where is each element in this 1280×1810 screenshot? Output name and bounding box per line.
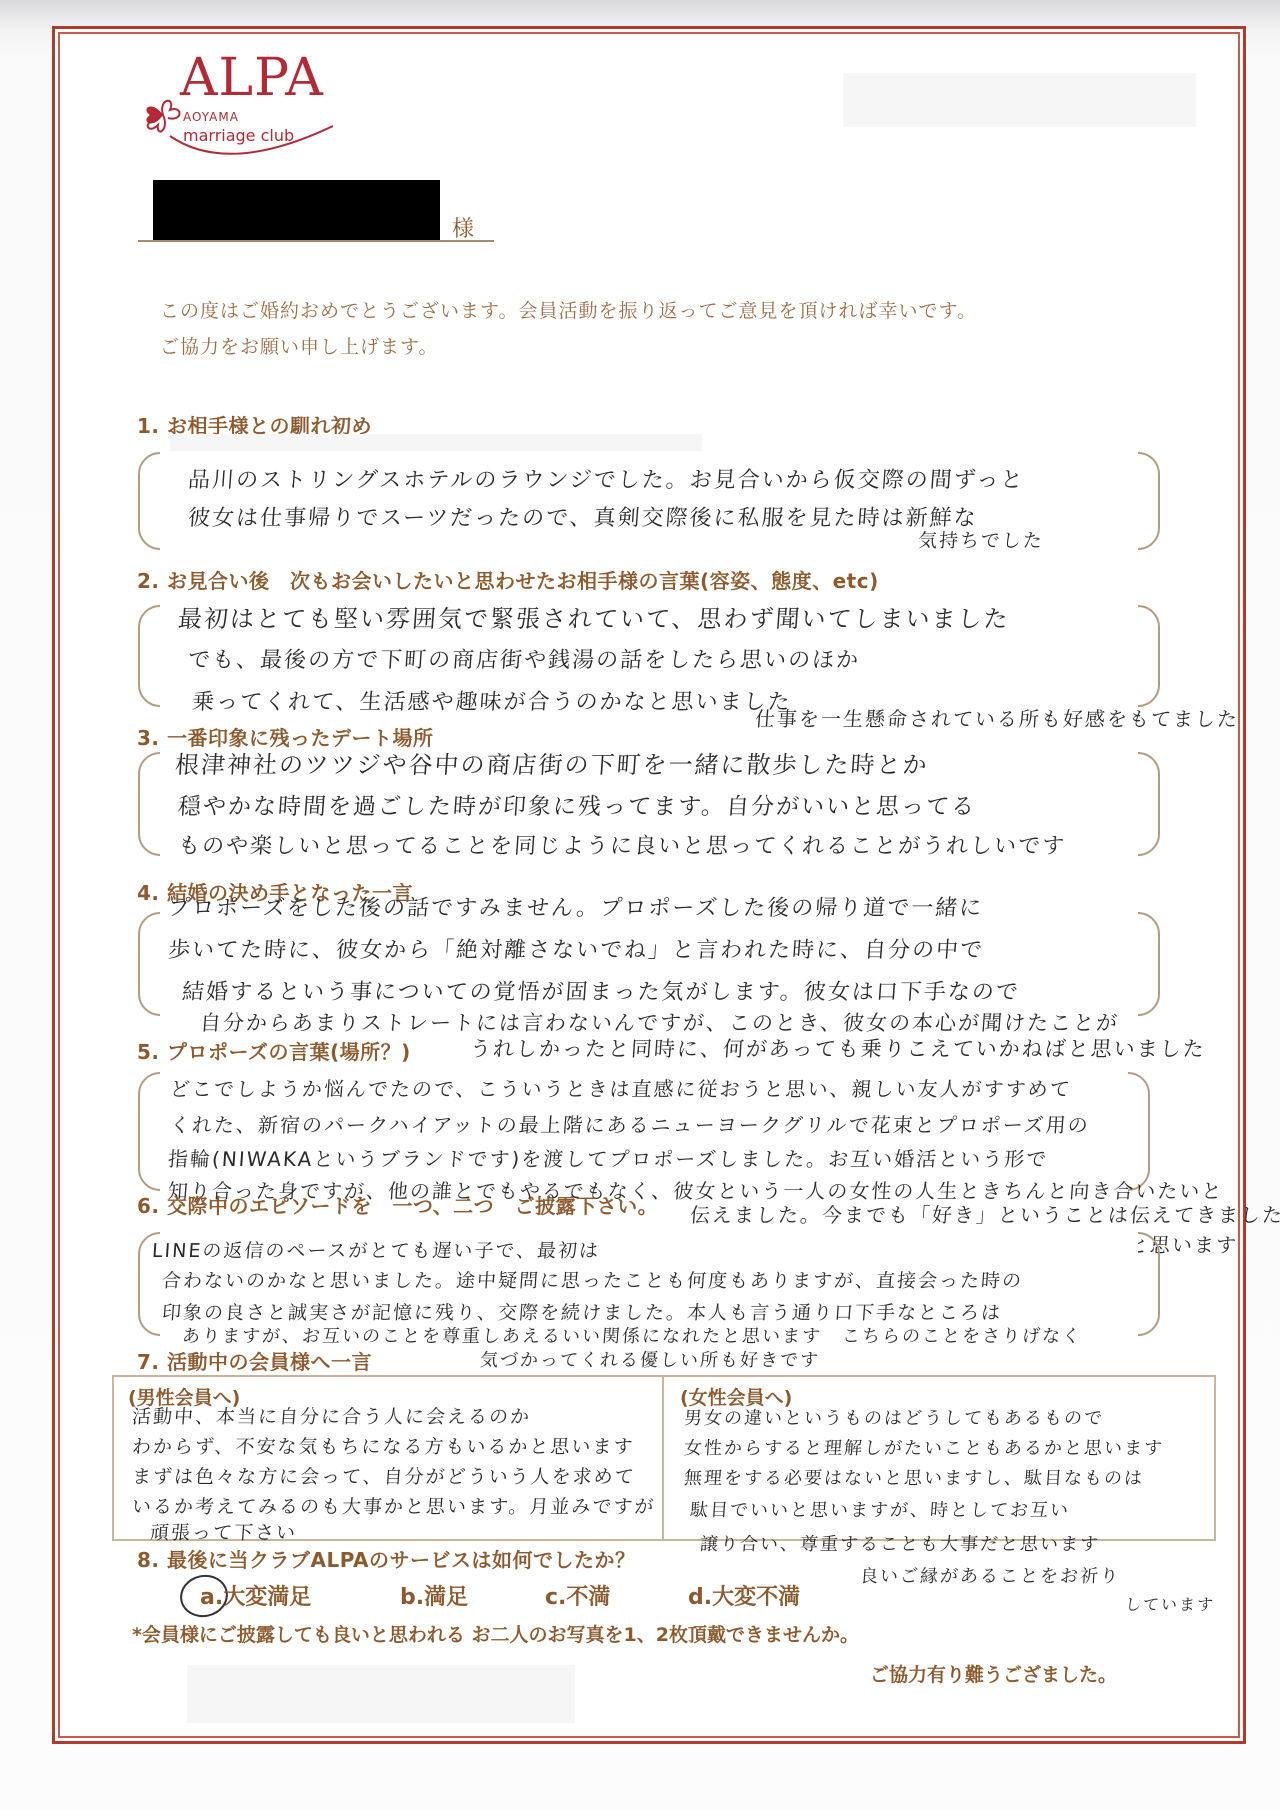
photo-request-note: *会員様にご披露しても良いと思われる お二人のお写真を1、2枚頂戴できませんか。 (132, 1620, 859, 1647)
answer-3-line-3: ものや楽しいと思ってることを同じように良いと思ってくれることがうれしいです (177, 828, 1068, 866)
female-answer-line-1: 男女の違いというものはどうしてもあるもので (683, 1404, 1105, 1434)
answer-2-line-3: 乗ってくれて、生活感や趣味が合うのかなと思いました (191, 684, 793, 722)
male-answer-line-1: 活動中、本当に自分に合う人に会えるのか (131, 1402, 532, 1432)
answer-2-line-1: 最初はとても堅い雰囲気で緊張されていて、思わず聞いてしまいました (177, 600, 1011, 638)
question-7-label: 7. 活動中の会員様へ一言 (137, 1346, 372, 1375)
answer-4-line-2: 歩いてた時に、彼女から「絶対離さないでね」と言われた時に、自分の中で (167, 932, 986, 970)
answer-4-line-5: うれしかったと同時に、何があっても乗りこえていかねばと思いました (469, 1030, 1207, 1068)
option-b-satisfied[interactable]: b.満足 (400, 1580, 468, 1611)
answer-2-line-2: でも、最後の方で下町の商店街や銭湯の話をしたら思いのほか (187, 642, 862, 680)
redacted-recipient-name (153, 180, 440, 240)
redacted-area-top-right (843, 73, 1196, 127)
intro-line-2: ご協力をお願い申し上げます。 (160, 332, 438, 359)
alpa-logo: ALPA AOYAMA marriage club (138, 48, 338, 158)
answer-1-line-2: 彼女は仕事帰りでスーツだったので、真剣交際後に私服を見た時は新鮮な (187, 500, 979, 538)
redacted-area-bottom (187, 1665, 575, 1723)
female-answer-line-2: 女性からすると理解しがたいこともあるかと思います (683, 1434, 1165, 1464)
answer-3-line-1: 根津神社のツツジや谷中の商店街の下町を一緒に散歩した時とか (174, 746, 930, 784)
female-answer-line-7: しています (1124, 1590, 1216, 1620)
question-6-label: 6. 交際中のエピソードを 一つ、二つ ご披露下さい。 (137, 1190, 658, 1219)
logo-brand: ALPA (180, 48, 324, 108)
thanks-message: ご協力有り難うござました。 (870, 1660, 1117, 1687)
option-c-dissatisfied[interactable]: c.不満 (545, 1580, 610, 1611)
recipient-honorific: 様 (452, 212, 474, 243)
male-answer-line-2: わからず、不安な気もちになる方もいるかと思います (131, 1432, 636, 1462)
female-answer-line-5: 譲り合い、尊重することも大事だと思います (699, 1530, 1101, 1560)
option-a-very-satisfied[interactable]: a.大変満足 (200, 1580, 311, 1611)
question-8-label: 8. 最後に当クラブALPAのサービスは如何でしたか？ (137, 1544, 636, 1573)
answer-3-line-2: 穏やかな時間を過ごした時が印象に残ってます。自分がいいと思ってる (177, 788, 978, 826)
answer-4-line-1: プロポーズをした後の話ですみません。プロポーズした後の帰り道で一緒に (167, 890, 985, 928)
logo-swoosh (168, 116, 338, 166)
name-underline (138, 240, 494, 242)
table-divider (662, 1377, 664, 1539)
male-answer-line-3: まずは色々な方に会って、自分がどういう人を求めて (131, 1462, 637, 1492)
answer-2-line-4: 仕事を一生懸命されている所も好感をもてました (754, 700, 1241, 738)
option-d-very-dissatisfied[interactable]: d.大変不満 (688, 1580, 800, 1611)
female-answer-line-6: 良いご縁があることをお祈り (859, 1562, 1121, 1592)
female-answer-line-3: 無理をする必要はないと思いますし、駄目なものは (683, 1464, 1145, 1494)
answer-1-line-3: 気持ちでした (917, 522, 1045, 560)
question-2-label: 2. お見合い後 次もお会いしたいと思わせたお相手様の言葉(容姿、態度、etc) (137, 565, 879, 594)
female-answer-line-4: 駄目でいいと思いますが、時としてお互い (689, 1496, 1071, 1526)
intro-line-1: この度はご婚約おめでとうございます。会員活動を振り返ってご意見を頂ければ幸いです… (160, 296, 977, 323)
answer-5-line-2: くれた、新宿のパークハイアットの最上階にあるニューヨークグリルで花束とプロポーズ… (169, 1106, 1091, 1144)
question-5-label: 5. プロポーズの言葉(場所？) (137, 1036, 411, 1065)
answer-5-line-1: どこでしようか悩んでたので、こういうときは直感に従おうと思い、親しい友人がすすめ… (169, 1070, 1073, 1108)
answer-1-line-1: 品川のストリングスホテルのラウンジでした。お見合いから仮交際の間ずっと (187, 462, 1026, 500)
